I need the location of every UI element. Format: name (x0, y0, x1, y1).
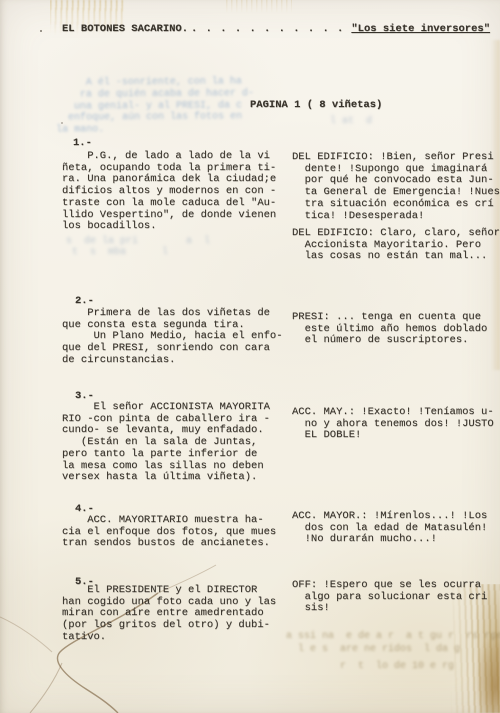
script-line: DEL EDIFICIO: Claro, claro, señor (292, 228, 500, 240)
script-page: EL BOTONES SACARINO. . . . . . . . . . .… (0, 0, 500, 713)
carbon-residue: r t lo de 10 e rg (340, 661, 454, 672)
script-line: EL DOBLE! (292, 430, 494, 442)
carbon-residue: l e s are ne ridos l da g (298, 644, 460, 655)
carbon-residue: t s mba l (72, 247, 168, 258)
script-line: ACC. MAYORITARIO muestra ha- (62, 515, 276, 527)
panel-1-dialogue-1: DEL EDIFICIO: !Bien, señor Presi dente! … (292, 152, 500, 222)
panel-2-description: Primera de las dos viñetas deque consta … (62, 308, 283, 367)
erased-carbon-text: A él -sonriente, con la ha ra de quién a… (56, 76, 254, 136)
panel-1-description: P.G., de lado a lado de la viñeta, ocupa… (62, 151, 276, 233)
script-line: la mano. (56, 123, 254, 136)
script-line: tran sendos bustos de ancianetes. (62, 538, 276, 550)
panel-1-dialogue-2: DEL EDIFICIO: Claro, claro, señor Accion… (292, 228, 500, 263)
script-line: El PRESIDENTE y el DIRECTOR (62, 585, 276, 597)
carbon-residue: l at d (330, 116, 372, 127)
script-line: enfoque, aún con las fotos en (56, 112, 254, 125)
script-line: !No durarán mucho...! (292, 534, 487, 546)
script-line: ACC. MAYOR.: !Mírenlos...! !Los (292, 511, 487, 523)
script-line: P.G., de lado a lado de la vi (62, 151, 276, 163)
panel-4-description: ACC. MAYORITARIO muestra ha-cia el enfoq… (62, 515, 276, 550)
ink-speck (40, 30, 42, 32)
panel-4-dialogue-1: ACC. MAYOR.: !Mírenlos...! !Los dos con … (292, 511, 487, 546)
script-line: DEL EDIFICIO: !Bien, señor Presi (292, 152, 500, 164)
script-line: el número de suscriptores. (292, 335, 487, 347)
script-line: pero tanto la parte inferior de (62, 449, 270, 461)
panel-5-description: El PRESIDENTE y el DIRECTORhan cogido un… (62, 585, 276, 644)
script-line: de circunstancias. (62, 355, 283, 367)
script-line: OFF: !Espero que se les ocurra (292, 580, 487, 592)
script-line: ra de quién acaba de hacer d- (56, 88, 254, 101)
script-line: los bocadillos. (62, 221, 276, 233)
panel-1-number: 1.- (73, 137, 92, 149)
script-line: ACC. MAY.: !Exacto! !Teníamos u- (292, 407, 494, 419)
script-line: tativo. (62, 632, 276, 644)
script-line: tra situación económica es crí (292, 199, 500, 211)
panel-2-dialogue-1: PRESI: ... tenga en cuenta que este últi… (292, 312, 487, 347)
carbon-residue: s de la pri a l (66, 236, 210, 247)
panel-2-number: 2.- (75, 295, 94, 307)
script-line: las cosas no están tan mal... (292, 251, 500, 263)
page-label: PAGINA 1 ( 8 viñetas) (250, 99, 382, 111)
page-header: EL BOTONES SACARINO. . . . . . . . . . .… (62, 23, 490, 35)
script-line: versex hasta la última viñeta). (62, 472, 270, 484)
script-line: PRESI: ... tenga en cuenta que (292, 312, 487, 324)
dot-leader: . . . . . . . . . . . . . (188, 23, 351, 35)
episode-title: "Los siete inversores" (351, 23, 490, 35)
script-line: traste con la mole caduca del "Au- (62, 198, 276, 210)
stain-top-streaks-2 (226, 0, 292, 13)
script-line: tica! !Desesperada! (292, 211, 500, 223)
carbon-residue: a ssi na e de a r a t gu r rs rgena (286, 631, 500, 642)
series-title: EL BOTONES SACARINO. (62, 23, 188, 35)
panel-3-dialogue-1: ACC. MAY.: !Exacto! !Teníamos u- no y ah… (292, 407, 494, 442)
panel-5-dialogue-1: OFF: !Espero que se les ocurra algo para… (292, 580, 487, 615)
script-line: El señor ACCIONISTA MAYORITA (62, 402, 270, 414)
script-line: sis! (292, 603, 487, 615)
script-line: Primera de las dos viñetas de (62, 308, 283, 320)
panel-3-description: El señor ACCIONISTA MAYORITARIO -con pin… (62, 402, 270, 484)
